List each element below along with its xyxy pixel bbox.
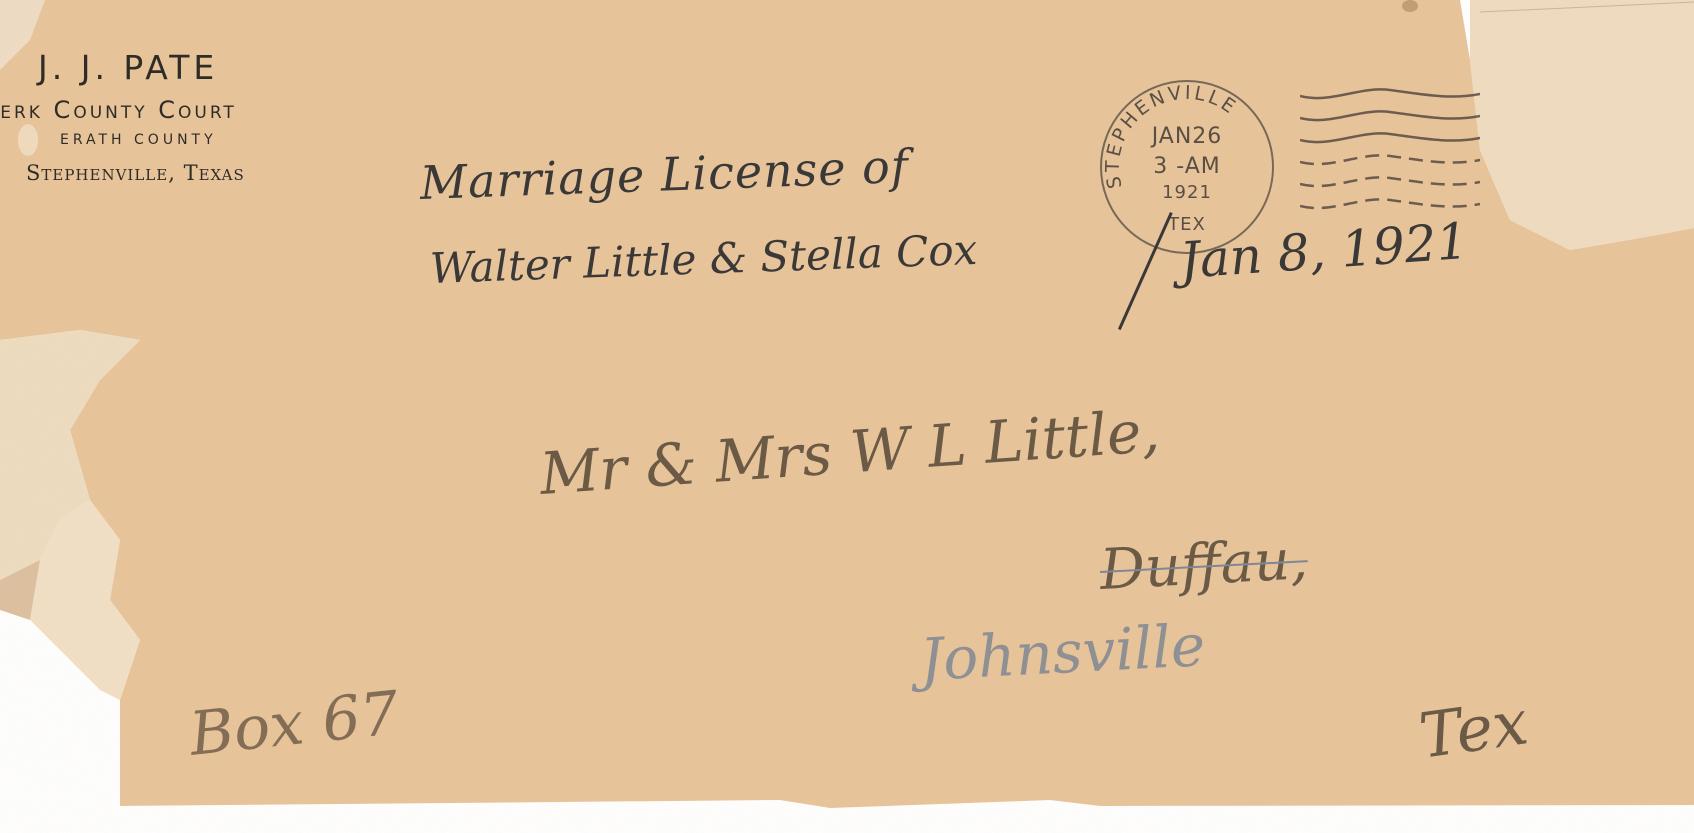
postmark-year: 1921: [1102, 182, 1272, 203]
letterhead-title: Clerk County Court: [0, 96, 237, 124]
letterhead-county: ERATH COUNTY: [60, 132, 217, 148]
letterhead-name: J. J. PATE: [38, 48, 218, 87]
address-state: Tex: [1415, 685, 1532, 772]
address-town-struck: Duffau,: [1098, 527, 1309, 603]
envelope-scan: J. J. PATE Clerk County Court ERATH COUN…: [0, 0, 1694, 833]
postmark-date: JAN26: [1102, 124, 1272, 149]
postmark-cancellation-lines: [1300, 80, 1480, 230]
letterhead-city: Stephenville, Texas: [26, 161, 245, 185]
postmark-time: 3 -AM: [1102, 154, 1272, 179]
